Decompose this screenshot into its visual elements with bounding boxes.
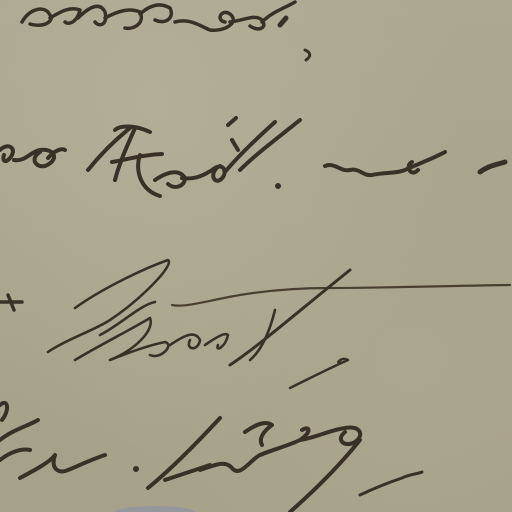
handwriting-strokes — [0, 0, 512, 512]
blue-stain — [115, 506, 195, 512]
aged-paper-photo: ...ricles, ...ao Radt. uas ... Heart ...… — [0, 0, 512, 512]
handwriting-line-4 — [0, 403, 422, 512]
handwriting-line-1 — [22, 2, 310, 60]
handwriting-line-2 — [0, 118, 505, 196]
handwriting-line-3 — [0, 260, 510, 388]
